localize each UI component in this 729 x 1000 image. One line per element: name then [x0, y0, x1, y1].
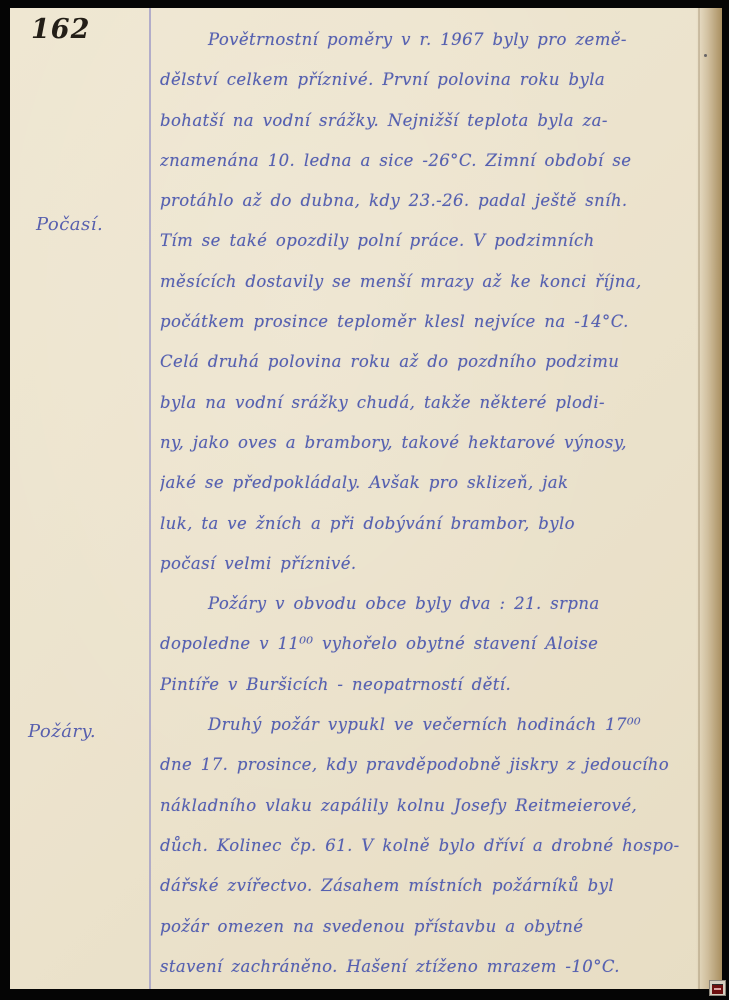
handwritten-line: Celá druhá polovina roku až do pozdního … — [160, 342, 712, 382]
margin-label-weather: Počasí. — [36, 214, 103, 235]
handwritten-line: počátkem prosince teploměr klesl nejvíce… — [160, 302, 712, 342]
scan-border: 162 Počasí. Požáry. Povětrnostní poměry … — [0, 0, 729, 1000]
handwritten-line: bohatší na vodní srážky. Nejnižší teplot… — [160, 101, 712, 141]
handwritten-line: Požáry v obvodu obce byly dva : 21. srpn… — [160, 584, 712, 624]
handwritten-line: dne 17. prosince, kdy pravděpodobně jisk… — [160, 745, 712, 785]
margin-label-fires: Požáry. — [28, 721, 96, 742]
page-number: 162 — [31, 14, 90, 45]
handwritten-line: znamenána 10. ledna a sice -26°C. Zimní … — [160, 141, 712, 181]
handwritten-line: Pintíře v Buršicích - neopatrností dětí. — [160, 665, 712, 705]
margin-rule-line — [149, 8, 151, 989]
handwritten-line: důch. Kolinec čp. 61. V kolně bylo dříví… — [160, 826, 712, 866]
handwritten-line: luk, ta ve žních a při dobývání brambor,… — [160, 504, 712, 544]
minimize-icon[interactable] — [709, 980, 726, 996]
handwritten-line: dářské zvířectvo. Zásahem místních požár… — [160, 866, 712, 906]
handwritten-line: dopoledne v 11⁰⁰ vyhořelo obytné stavení… — [160, 624, 712, 664]
handwritten-line: jaké se předpokládaly. Avšak pro sklizeň… — [160, 463, 712, 503]
handwritten-line: dělství celkem příznivé. První polovina … — [160, 60, 712, 100]
handwritten-line: požár omezen na svedenou přístavbu a oby… — [160, 907, 712, 947]
handwritten-text-block: Povětrnostní poměry v r. 1967 byly pro z… — [160, 20, 712, 987]
handwritten-line: Povětrnostní poměry v r. 1967 byly pro z… — [160, 20, 712, 60]
chronicle-page: 162 Počasí. Požáry. Povětrnostní poměry … — [10, 8, 722, 989]
handwritten-line: měsících dostavily se menší mrazy až ke … — [160, 262, 712, 302]
handwritten-line: počasí velmi příznivé. — [160, 544, 712, 584]
handwritten-line: stavení zachráněno. Hašení ztíženo mraze… — [160, 947, 712, 987]
handwritten-line: ny, jako oves a brambory, takové hektaro… — [160, 423, 712, 463]
minimize-icon-bar — [714, 988, 721, 990]
minimize-icon-face — [712, 984, 723, 994]
handwritten-line: protáhlo až do dubna, kdy 23.-26. padal … — [160, 181, 712, 221]
handwritten-line: nákladního vlaku zapálily kolnu Josefy R… — [160, 786, 712, 826]
handwritten-line: Tím se také opozdily polní práce. V podz… — [160, 221, 712, 261]
handwritten-line: Druhý požár vypukl ve večerních hodinách… — [160, 705, 712, 745]
handwritten-line: byla na vodní srážky chudá, takže někter… — [160, 383, 712, 423]
